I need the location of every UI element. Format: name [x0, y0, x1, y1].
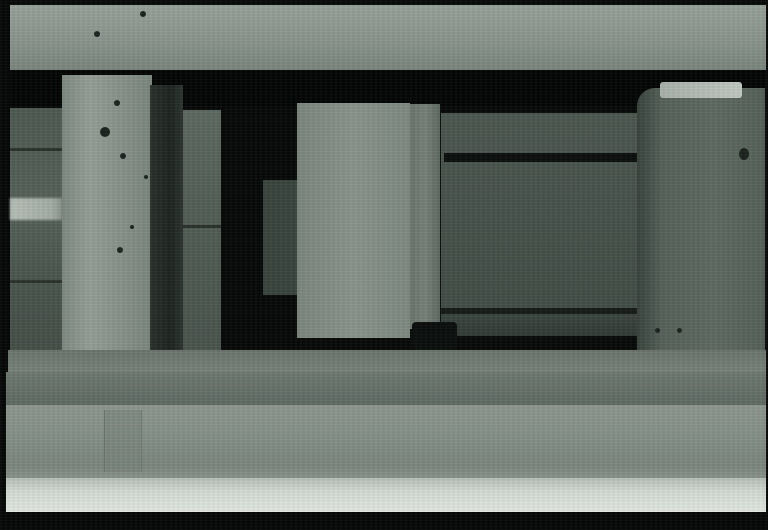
nail-hole	[117, 247, 123, 253]
panel-slot	[444, 153, 639, 162]
stone-seam	[183, 225, 221, 228]
center-block-edge	[410, 104, 440, 329]
sill-joint	[104, 410, 142, 472]
stone-seam	[10, 280, 65, 283]
right-post-chipped-top	[660, 82, 742, 98]
nail-hole	[655, 328, 660, 333]
nail-hole	[739, 148, 749, 160]
center-stone-block	[297, 103, 410, 338]
nail-hole	[120, 153, 126, 159]
photograph	[0, 0, 768, 530]
knot-mark	[94, 31, 100, 37]
nail-hole	[677, 328, 682, 333]
nail-hole	[130, 225, 134, 229]
top-beam	[10, 5, 766, 72]
sill-bright-edge	[6, 478, 766, 512]
right-stone-panel	[441, 113, 641, 313]
knot-mark	[140, 11, 146, 17]
nail-hole	[100, 127, 110, 137]
left-post	[62, 75, 152, 375]
center-block-shadow	[412, 322, 457, 350]
middle-stone	[183, 110, 221, 350]
film-border-bottom	[0, 512, 768, 530]
left-stone-wall	[10, 108, 65, 358]
nail-hole	[114, 100, 120, 106]
panel-rail	[441, 314, 641, 336]
gap-stone	[263, 180, 298, 295]
stone-light-streak	[10, 198, 62, 220]
stone-seam	[10, 148, 65, 151]
right-post	[637, 88, 765, 373]
left-post-shadow-side	[150, 85, 183, 360]
nail-hole	[144, 175, 148, 179]
